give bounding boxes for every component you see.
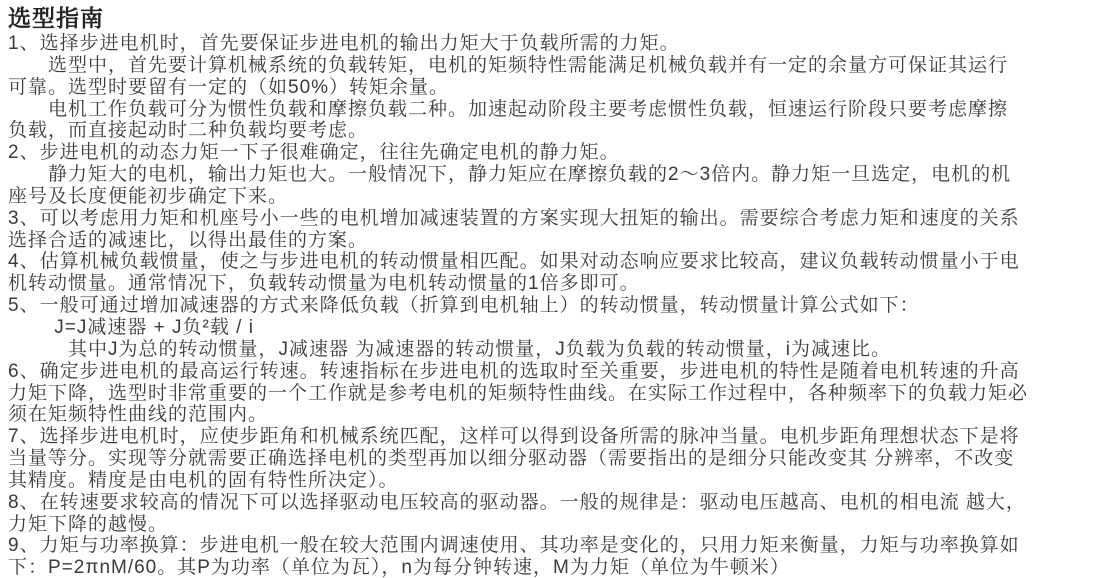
text-line-24: 9、力矩与功率换算：步进电机一般在较大范围内调速使用、其功率是变化的，只用力矩来… <box>8 535 1090 557</box>
text-line-21: 其精度。精度是由电机的固有特性所决定）。 <box>8 470 1090 492</box>
text-line-10: 选择合适的减速比，以得出最佳的方案。 <box>8 230 1090 252</box>
text-line-6: 2、步进电机的动态力矩一下子很难确定，往往先确定电机的静力矩。 <box>8 142 1090 164</box>
text-line-4: 电机工作负载可分为惯性负载和摩擦负载二种。加速起动阶段主要考虑惯性负载，恒速运行… <box>8 99 1090 121</box>
text-line-15: 其中J为总的转动惯量，J减速器 为减速器的转动惯量，J负载为负载的转动惯量，i为… <box>8 339 1090 361</box>
text-line-16: 6、确定步进电机的最高运行转速。转速指标在步进电机的选取时至关重要，步进电机的特… <box>8 361 1090 383</box>
text-line-20: 当量等分。实现等分就需要正确选择电机的类型再加以细分驱动器（需要指出的是细分只能… <box>8 448 1090 470</box>
text-line-11: 4、估算机械负载惯量，使之与步进电机的转动惯量相匹配。如果对动态响应要求比较高，… <box>8 251 1090 273</box>
formula-line: J=J减速器 + J负²载 / i <box>8 317 1090 339</box>
text-line-2: 选型中，首先要计算机械系统的负载转矩，电机的矩频特性需能满足机械负载并有一定的余… <box>8 55 1090 77</box>
text-line-5: 负载，而直接起动时二种负载均要考虑。 <box>8 120 1090 142</box>
text-line-3: 可靠。选型时要留有一定的（如50%）转矩余量。 <box>8 77 1090 99</box>
text-line-13: 5、一般可通过增加减速器的方式来降低负载（折算到电机轴上）的转动惯量，转动惯量计… <box>8 295 1090 317</box>
text-line-9: 3、可以考虑用力矩和机座号小一些的电机增加减速装置的方案实现大扭矩的输出。需要综… <box>8 208 1090 230</box>
text-line-23: 力矩下降的越慢。 <box>8 514 1090 536</box>
page-title: 选型指南 <box>8 5 1090 32</box>
text-line-8: 座号及长度便能初步确定下来。 <box>8 186 1090 208</box>
text-line-18: 须在矩频特性曲线的范围内。 <box>8 404 1090 426</box>
text-line-12: 机转动惯量。通常情况下，负载转动惯量为电机转动惯量的1倍多即可。 <box>8 273 1090 295</box>
text-line-7: 静力矩大的电机，输出力矩也大。一般情况下，静力矩应在摩擦负载的2～3倍内。静力矩… <box>8 164 1090 186</box>
text-line-22: 8、在转速要求较高的情况下可以选择驱动电压较高的驱动器。一般的规律是：驱动电压越… <box>8 492 1090 514</box>
document-page: 选型指南 1、选择步进电机时，首先要保证步进电机的输出力矩大于负载所需的力矩。 … <box>0 0 1100 578</box>
text-line-1: 1、选择步进电机时，首先要保证步进电机的输出力矩大于负载所需的力矩。 <box>8 33 1090 55</box>
text-line-25: 下：P=2πnM/60。其P为功率（单位为瓦），n为每分钟转速，M为力矩（单位为… <box>8 557 1090 578</box>
text-line-19: 7、选择步进电机时，应使步距角和机械系统匹配，这样可以得到设备所需的脉冲当量。电… <box>8 426 1090 448</box>
text-line-17: 力矩下降，选型时非常重要的一个工作就是参考电机的矩频特性曲线。在实际工作过程中，… <box>8 383 1090 405</box>
